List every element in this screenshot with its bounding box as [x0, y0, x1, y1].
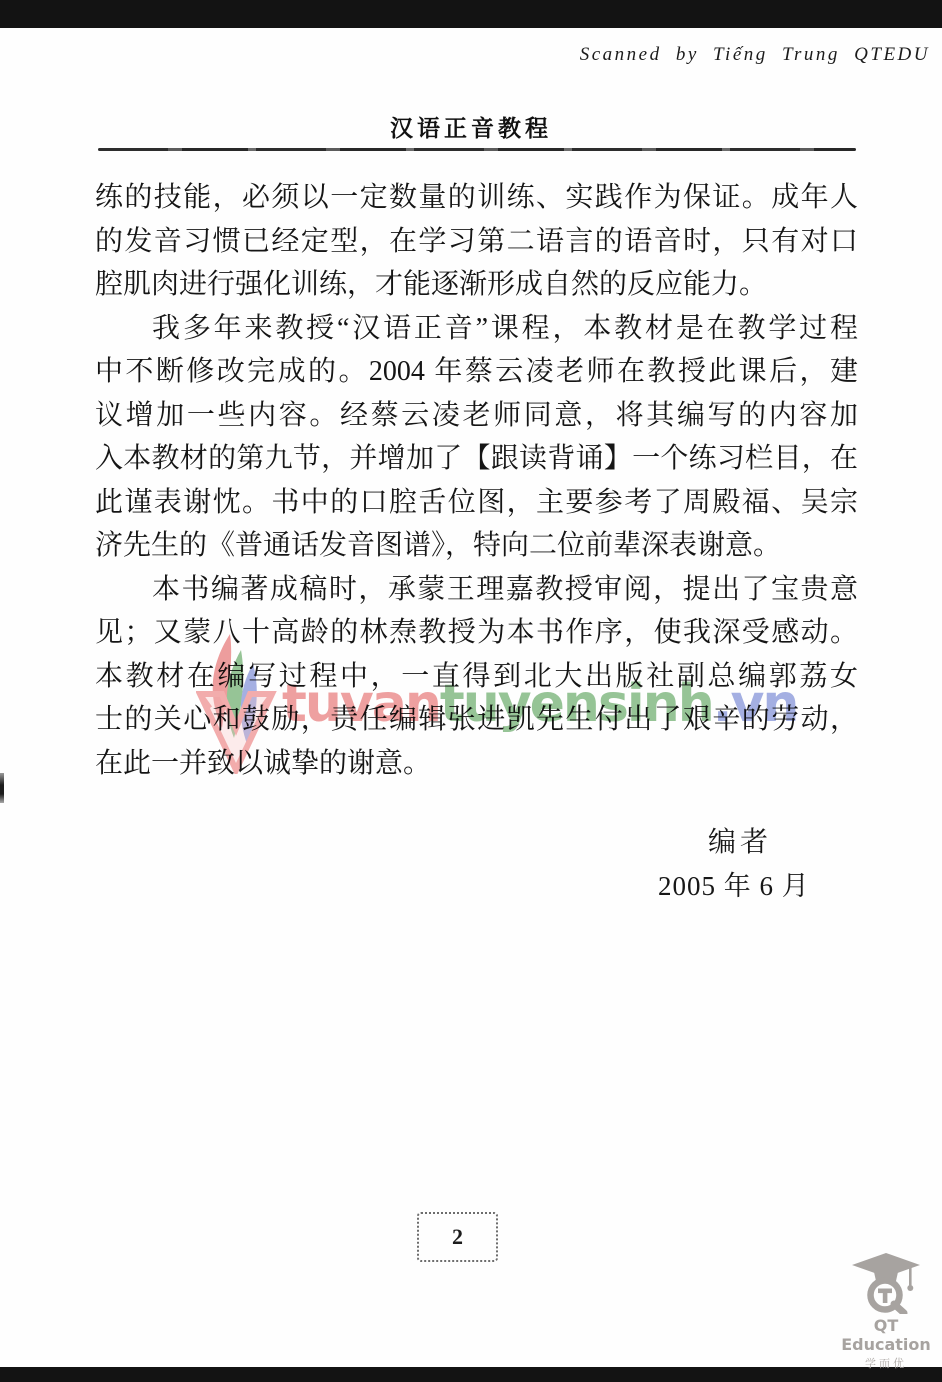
body-line: 腔肌肉进行强化训练，才能逐渐形成自然的反应能力。 [95, 263, 858, 307]
body-line: 我多年来教授“汉语正音”课程，本教材是在教学过程 [95, 307, 858, 351]
body-line: 入本教材的第九节，并增加了【跟读背诵】一个练习栏目，在 [95, 437, 858, 481]
body-line: 见；又蒙八十高龄的林焘教授为本书作序，使我深受感动。 [95, 611, 858, 655]
body-line: 济先生的《普通话发音图谱》，特向二位前辈深表谢意。 [95, 524, 858, 568]
body-line: 在此一并致以诚挚的谢意。 [95, 742, 858, 786]
body-line: 议增加一些内容。经蔡云凌老师同意，将其编写的内容加 [95, 394, 858, 438]
header-rule [98, 148, 856, 151]
signature-date: 2005 年 6 月 [658, 864, 810, 903]
page-number-box: 2 [417, 1212, 498, 1262]
body-line: 练的技能，必须以一定数量的训练、实践作为保证。成年人 [95, 176, 858, 220]
page-header-title: 汉语正音教程 [0, 110, 942, 143]
qt-logo-tagline: 学而优 [836, 1355, 936, 1371]
scan-credit: Scanned by Tiếng Trung QTEDU [580, 44, 930, 66]
body-line: 的发音习惯已经定型，在学习第二语言的语音时，只有对口 [95, 220, 858, 264]
graduation-cap-q-icon [850, 1252, 922, 1314]
page-number: 2 [452, 1224, 463, 1250]
body-line: 中不断修改完成的。2004 年蔡云凌老师在教授此课后，建 [95, 350, 858, 394]
body-text: 练的技能，必须以一定数量的训练、实践作为保证。成年人的发音习惯已经定型，在学习第… [95, 176, 858, 785]
body-line: 本书编著成稿时，承蒙王理嘉教授审阅，提出了宝贵意 [95, 568, 858, 612]
body-line: 士的关心和鼓励，责任编辑张进凯先生付出了艰辛的劳动， [95, 698, 858, 742]
scan-edge-mark [0, 773, 4, 803]
qt-education-logo: QT Education 学而优 [836, 1252, 936, 1371]
scan-edge-bottom-bar [0, 1367, 942, 1382]
body-line: 此谨表谢忱。书中的口腔舌位图，主要参考了周殿福、吴宗 [95, 481, 858, 525]
signature-author: 编者 [708, 820, 772, 860]
qt-logo-name: QT Education [836, 1316, 936, 1354]
body-line: 本教材在编写过程中，一直得到北大出版社副总编郭荔女 [95, 655, 858, 699]
scan-edge-top-bar [0, 0, 942, 28]
